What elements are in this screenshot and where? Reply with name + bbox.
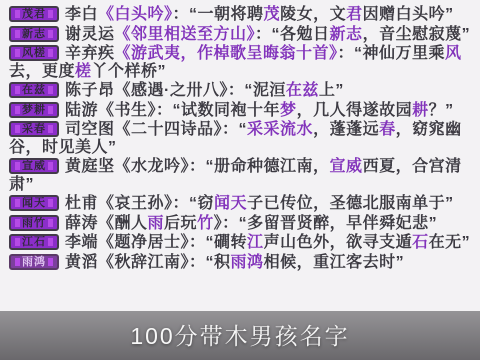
quote-text: 《水龙吟》 [115, 158, 190, 175]
name-badge: 茂君 [9, 6, 59, 22]
quote-text: 子已传位，圣德北服南单于” [247, 195, 454, 212]
quote-text: 风 [445, 45, 462, 62]
quote-text: 杜甫 [65, 195, 98, 212]
list-item: 雨鸿黄滔《秋辞江南》：“积雨鸿相候，重江客去时” [9, 254, 471, 272]
quote-text: ：“ [222, 121, 247, 138]
quote-text: 《题净居士》 [98, 234, 189, 251]
list-item: 江石李端《题净居士》：“磵转江声山色外，欲寻支遁石在无” [9, 234, 471, 252]
quote-text: 新志 [330, 26, 363, 43]
quote-text: ：“磵转 [189, 234, 247, 251]
quote-text: 丫个样桥” [92, 63, 167, 80]
quote-text: 《游武夷，作棹歌呈晦翁十首》 [115, 45, 338, 62]
quote-text: 因赠白头吟” [363, 6, 454, 23]
quote-text: 雨 [148, 215, 165, 232]
name-badge: 江石 [9, 234, 59, 250]
quote-text: 谢灵运 [65, 26, 115, 43]
quote-text: 雨鸿 [231, 254, 264, 271]
quote-text: 在兹 [286, 82, 319, 99]
quote-text: 耕 [412, 102, 429, 119]
quote-text: 在无” [429, 234, 471, 251]
quote-text: 《哀王孙》 [98, 195, 173, 212]
quote-text: 陈子昂 [65, 82, 115, 99]
quote-text: 》：“多留晋贤醉，早伴舜妃悲” [214, 215, 438, 232]
quote-text: ：“试数同袍十年 [156, 102, 280, 119]
list-item: 茂君李白《白头吟》：“一朝将聘茂陵女，文君因赠白头吟” [9, 6, 471, 24]
quote-text: 梦 [280, 102, 297, 119]
quote-text: 闻天 [214, 195, 247, 212]
bottom-overlay: 100分带木男孩名字 [0, 311, 480, 360]
quote-text: 《秋辞江南》 [98, 254, 189, 271]
name-badge: 在兹 [9, 82, 59, 98]
quote-text: 江 [247, 234, 264, 251]
quote-text: 黄庭坚 [65, 158, 115, 175]
list-item: 在兹陈子昂《感遇·之卅八》：“泥洹在兹上” [9, 82, 471, 100]
list-item: 闻天杜甫《哀王孙》：“窃闻天子已传位，圣德北服南单于” [9, 195, 471, 213]
quote-text: ，音尘慰寂蔑” [363, 26, 471, 43]
quote-text: 上” [319, 82, 344, 99]
name-badge: 风槎 [9, 45, 59, 61]
list-item: 新志谢灵运《邻里相送至方山》：“各勉日新志，音尘慰寂蔑” [9, 26, 471, 44]
quote-text: ：“神仙万里乘 [338, 45, 446, 62]
quote-text: 司空图 [65, 121, 115, 138]
quote-text: 辛弃疾 [65, 45, 115, 62]
name-badge: 采春 [9, 121, 59, 137]
quote-text: 李白 [65, 6, 98, 23]
quote-text: 相候，重江客去时” [264, 254, 405, 271]
name-badge: 雨竹 [9, 215, 59, 231]
quote-text: 石 [412, 234, 429, 251]
list-item: 梦耕陆游《书生》：“试数同袍十年梦，几人得遂故园耕？” [9, 102, 471, 120]
list-item: 雨竹薛涛《酬人雨后玩竹》：“多留晋贤醉，早伴舜妃悲” [9, 215, 471, 233]
quote-text: 陵女，文 [280, 6, 346, 23]
quote-text: 槎 [75, 63, 92, 80]
quote-text: 《二十四诗品》 [115, 121, 223, 138]
quote-text: 茂 [264, 6, 281, 23]
quote-text: ：“各勉日 [255, 26, 330, 43]
quote-text: 《书生》 [98, 102, 156, 119]
list-item: 宣威黄庭坚《水龙吟》：“册命种德江南，宣威西夏，合宫清肃” [9, 158, 471, 193]
page-root: 茂君李白《白头吟》：“一朝将聘茂陵女，文君因赠白头吟”新志谢灵运《邻里相送至方山… [0, 0, 480, 360]
quote-text: 薛涛 [65, 215, 98, 232]
name-badge: 新志 [9, 26, 59, 42]
name-badge: 雨鸿 [9, 254, 59, 270]
quote-text: 去，更度 [9, 63, 75, 80]
quote-text: 《感遇·之卅八》 [115, 82, 228, 99]
list-item: 风槎辛弃疾《游武夷，作棹歌呈晦翁十首》：“神仙万里乘风去，更度槎丫个样桥” [9, 45, 471, 80]
quote-text: 《邻里相送至方山》 [115, 26, 256, 43]
quote-text: ：“泥洹 [228, 82, 286, 99]
quote-text: 黄滔 [65, 254, 98, 271]
name-badge: 梦耕 [9, 102, 59, 118]
quote-text: 竹 [197, 215, 214, 232]
quote-text: 陆游 [65, 102, 98, 119]
quote-text: ：“积 [189, 254, 231, 271]
quote-text: 声山色外，欲寻支遁 [264, 234, 413, 251]
name-badge: 闻天 [9, 195, 59, 211]
quote-text: 宣威 [330, 158, 363, 175]
overlay-title: 100分带木男孩名字 [0, 318, 480, 351]
list-item: 采春司空图《二十四诗品》：“采采流水，蓬蓬远春，窈窕幽谷，时见美人” [9, 121, 471, 156]
quote-text: ：“册命种德江南， [189, 158, 330, 175]
name-badge: 宣威 [9, 158, 59, 174]
quote-text: ，蓬蓬远 [313, 121, 379, 138]
quote-text: ：“一朝将聘 [173, 6, 264, 23]
quote-text: ：“窃 [173, 195, 215, 212]
quote-text: ，几人得遂故园 [297, 102, 413, 119]
quote-text: 《白头吟》 [98, 6, 173, 23]
quote-text: 后玩 [164, 215, 197, 232]
quote-text: 李端 [65, 234, 98, 251]
quote-text: ？” [429, 102, 454, 119]
quote-text: 采采流水 [247, 121, 313, 138]
quote-text: 春 [379, 121, 396, 138]
poem-name-list: 茂君李白《白头吟》：“一朝将聘茂陵女，文君因赠白头吟”新志谢灵运《邻里相送至方山… [0, 0, 480, 271]
quote-text: 君 [346, 6, 363, 23]
quote-text: 《酬人 [98, 215, 148, 232]
